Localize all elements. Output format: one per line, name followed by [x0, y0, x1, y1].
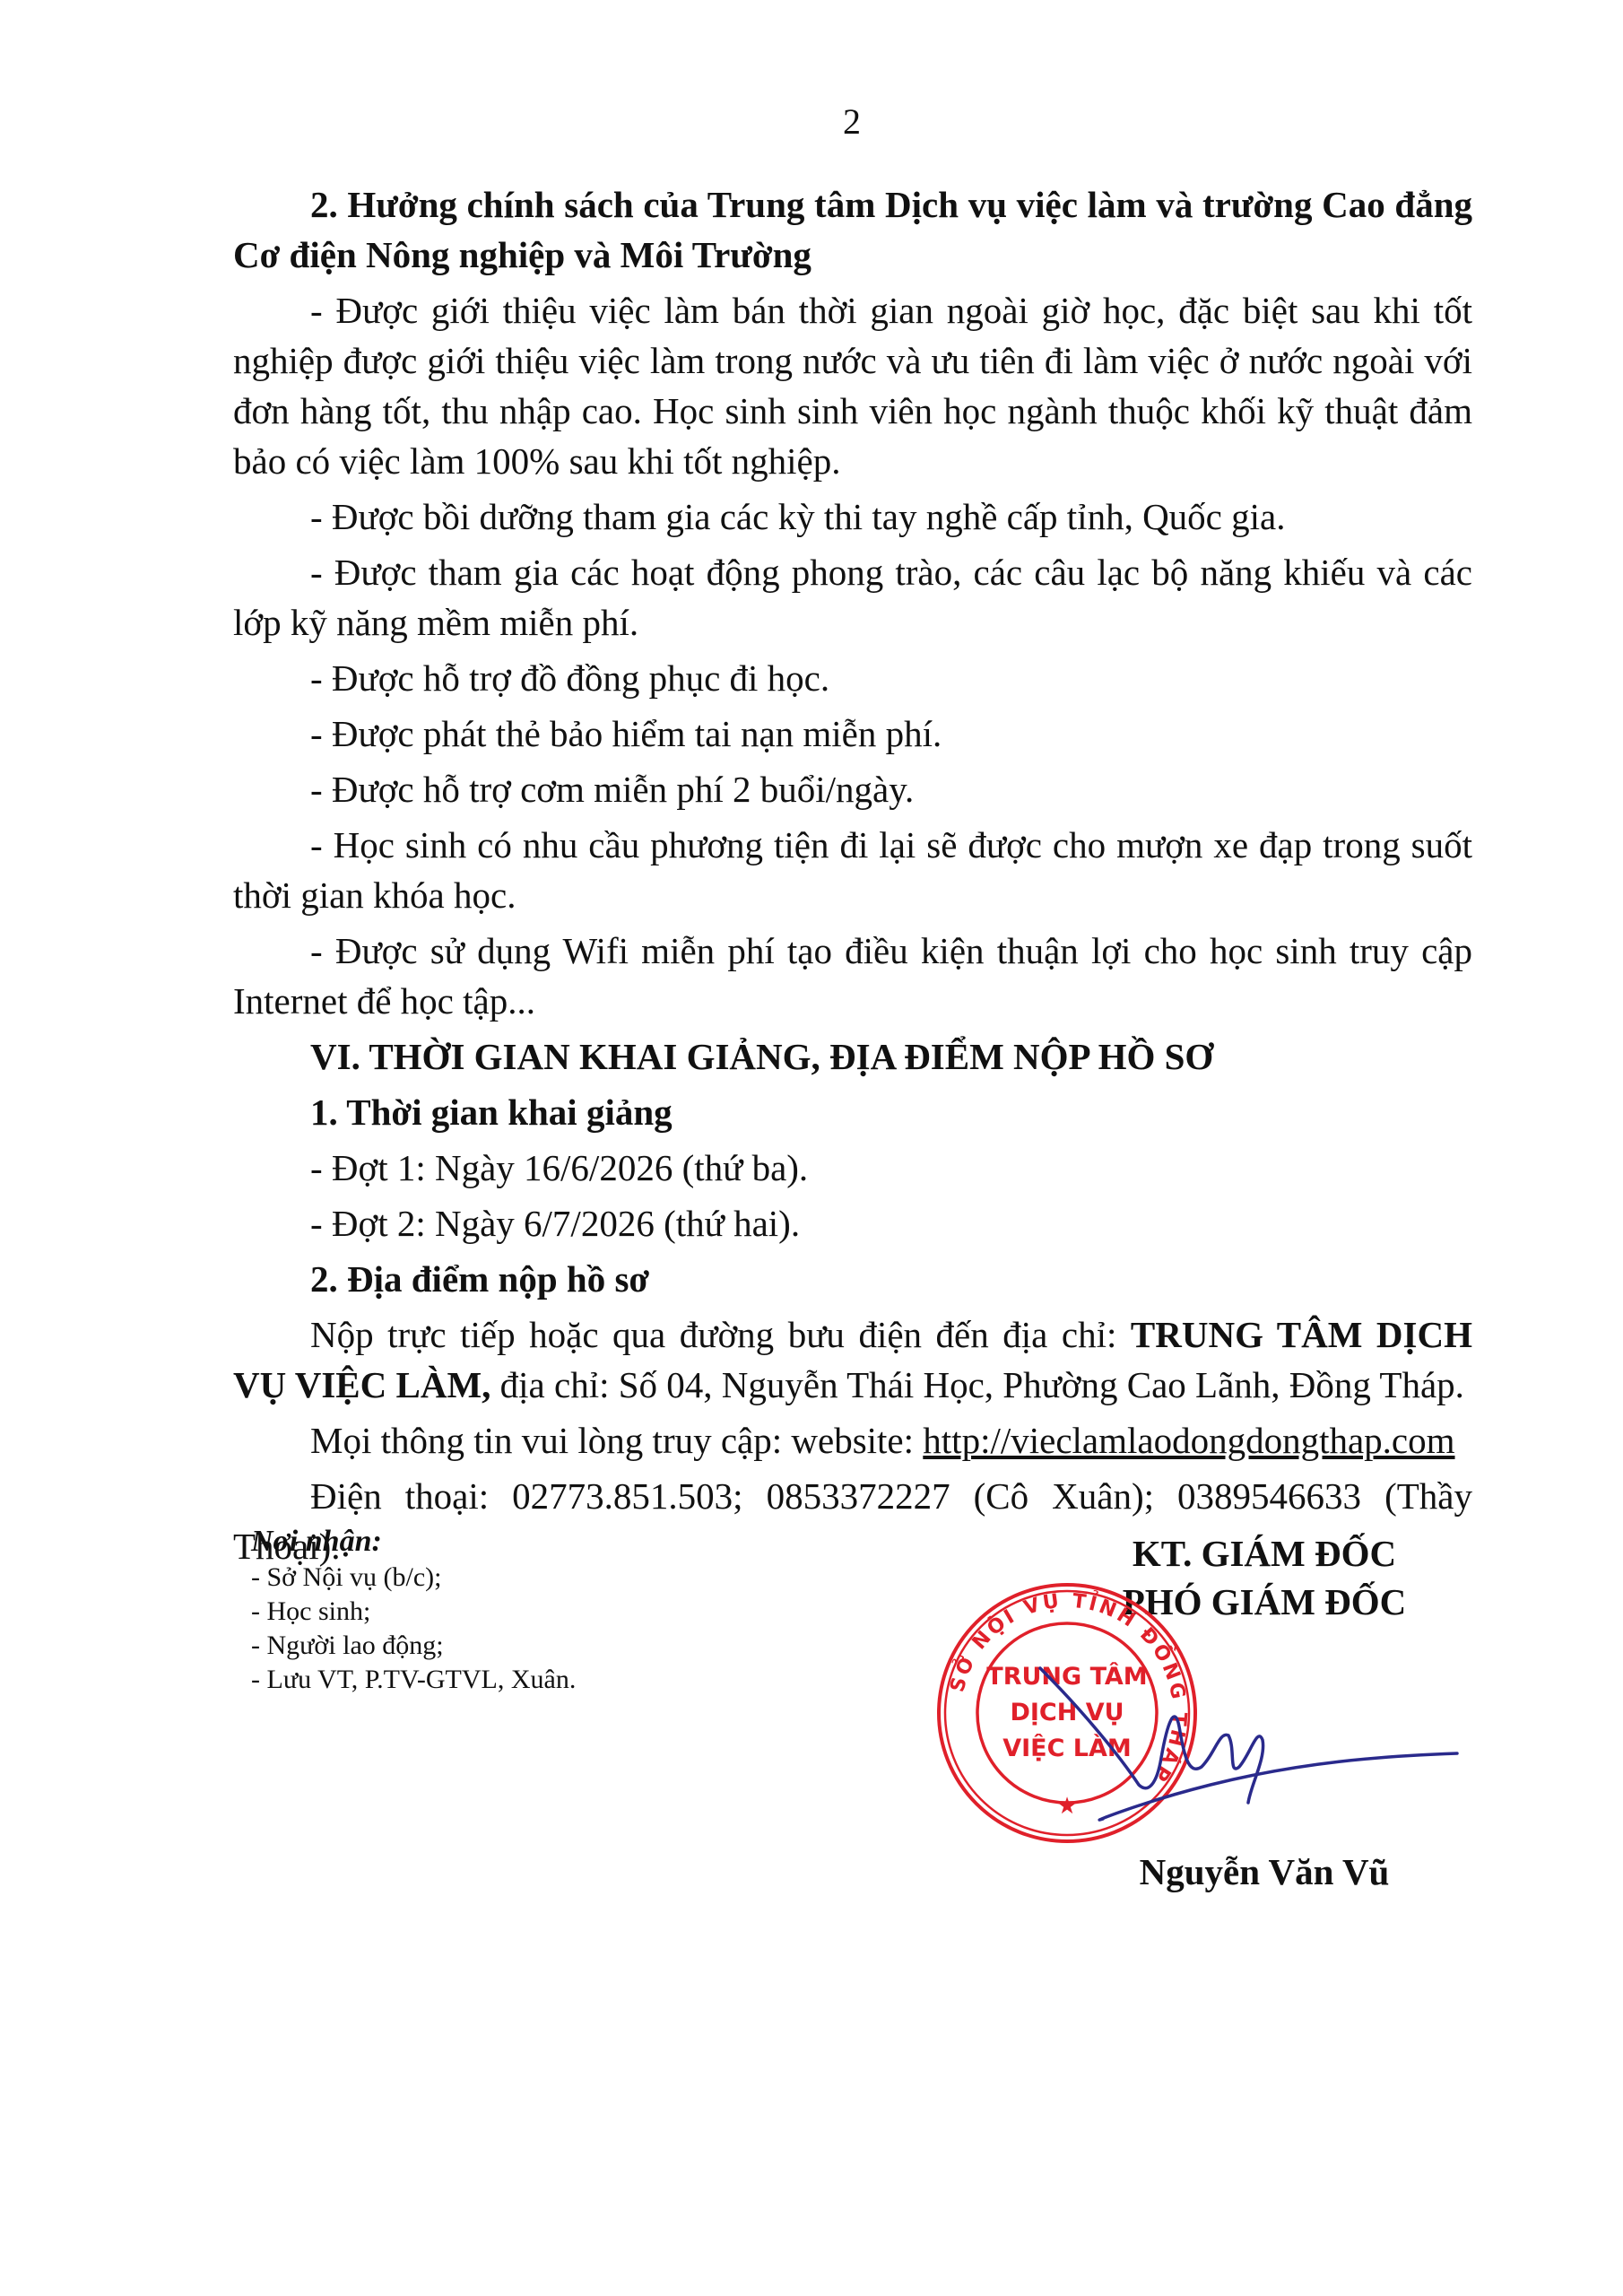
opening-date-item: - Đợt 2: Ngày 6/7/2026 (thứ hai).	[233, 1198, 1472, 1248]
benefit-item: - Được phát thẻ bảo hiểm tai nạn miễn ph…	[233, 709, 1472, 759]
recipient-item: - Lưu VT, P.TV-GTVL, Xuân.	[251, 1663, 576, 1697]
benefit-item: - Được tham gia các hoạt động phong trào…	[233, 547, 1472, 648]
signature-title-line1: KT. GIÁM ĐỐC	[1058, 1529, 1471, 1578]
recipients-list: - Sở Nội vụ (b/c); - Học sinh; - Người l…	[251, 1561, 576, 1697]
benefit-item: - Được giới thiệu việc làm bán thời gian…	[233, 285, 1472, 486]
benefit-item: - Được hỗ trợ cơm miễn phí 2 buổi/ngày.	[233, 764, 1472, 814]
handwritten-signature-icon	[1004, 1650, 1471, 1830]
signer-name: Nguyễn Văn Vũ	[1058, 1850, 1471, 1893]
website-link[interactable]: http://vieclamlaodongdongthap.com	[923, 1420, 1454, 1461]
benefit-item: - Được bồi dưỡng tham gia các kỳ thi tay…	[233, 491, 1472, 542]
recipients-title: Nơi nhận:	[251, 1525, 576, 1559]
submission-place-heading: 2. Địa điểm nộp hồ sơ	[233, 1254, 1472, 1304]
website-prefix: Mọi thông tin vui lòng truy cập: website…	[310, 1420, 923, 1461]
section-vi-heading: VI. THỜI GIAN KHAI GIẢNG, ĐỊA ĐIỂM NỘP H…	[233, 1031, 1472, 1082]
recipients-block: Nơi nhận: - Sở Nội vụ (b/c); - Học sinh;…	[251, 1525, 576, 1697]
recipient-item: - Sở Nội vụ (b/c);	[251, 1561, 576, 1595]
document-body: 2. Hưởng chính sách của Trung tâm Dịch v…	[233, 179, 1472, 1577]
website-line: Mọi thông tin vui lòng truy cập: website…	[233, 1415, 1472, 1465]
benefit-item: - Được hỗ trợ đồ đồng phục đi học.	[233, 653, 1472, 703]
benefit-item: - Được sử dụng Wifi miễn phí tạo điều ki…	[233, 926, 1472, 1026]
submission-address: Nộp trực tiếp hoặc qua đường bưu điện đế…	[233, 1309, 1472, 1410]
address-suffix: địa chỉ: Số 04, Nguyễn Thái Học, Phường …	[490, 1364, 1463, 1405]
recipient-item: - Học sinh;	[251, 1595, 576, 1629]
opening-date-item: - Đợt 1: Ngày 16/6/2026 (thứ ba).	[233, 1143, 1472, 1193]
opening-time-heading: 1. Thời gian khai giảng	[233, 1087, 1472, 1137]
page-number: 2	[0, 100, 1623, 143]
recipient-item: - Người lao động;	[251, 1629, 576, 1663]
benefit-item: - Học sinh có nhu cầu phương tiện đi lại…	[233, 820, 1472, 920]
section-2-heading: 2. Hưởng chính sách của Trung tâm Dịch v…	[233, 179, 1472, 280]
address-prefix: Nộp trực tiếp hoặc qua đường bưu điện đế…	[310, 1314, 1131, 1355]
